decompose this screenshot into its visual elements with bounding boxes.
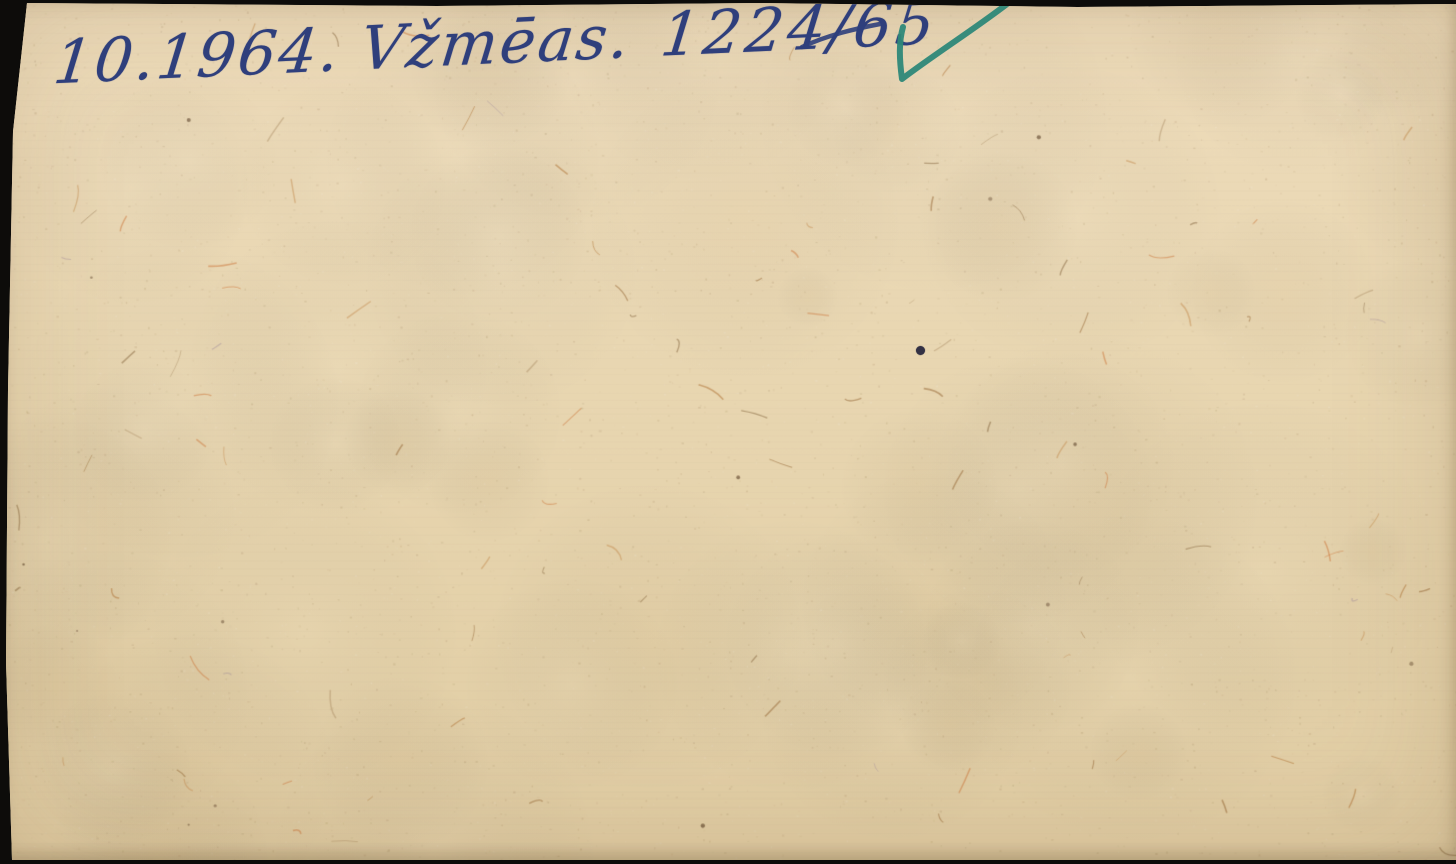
scan-background: 10.1964.Vžmēas.1224/65 [0, 0, 1456, 864]
ink-dot [916, 346, 925, 355]
pen-flourish [800, 21, 884, 51]
index-card: 10.1964.Vžmēas.1224/65 [0, 3, 1456, 860]
checkmark-icon [884, 3, 1024, 91]
annotation-date: 10.1964. [50, 16, 345, 98]
paper-texture [0, 3, 1456, 860]
annotation-word: Vžmēas. [357, 3, 635, 84]
